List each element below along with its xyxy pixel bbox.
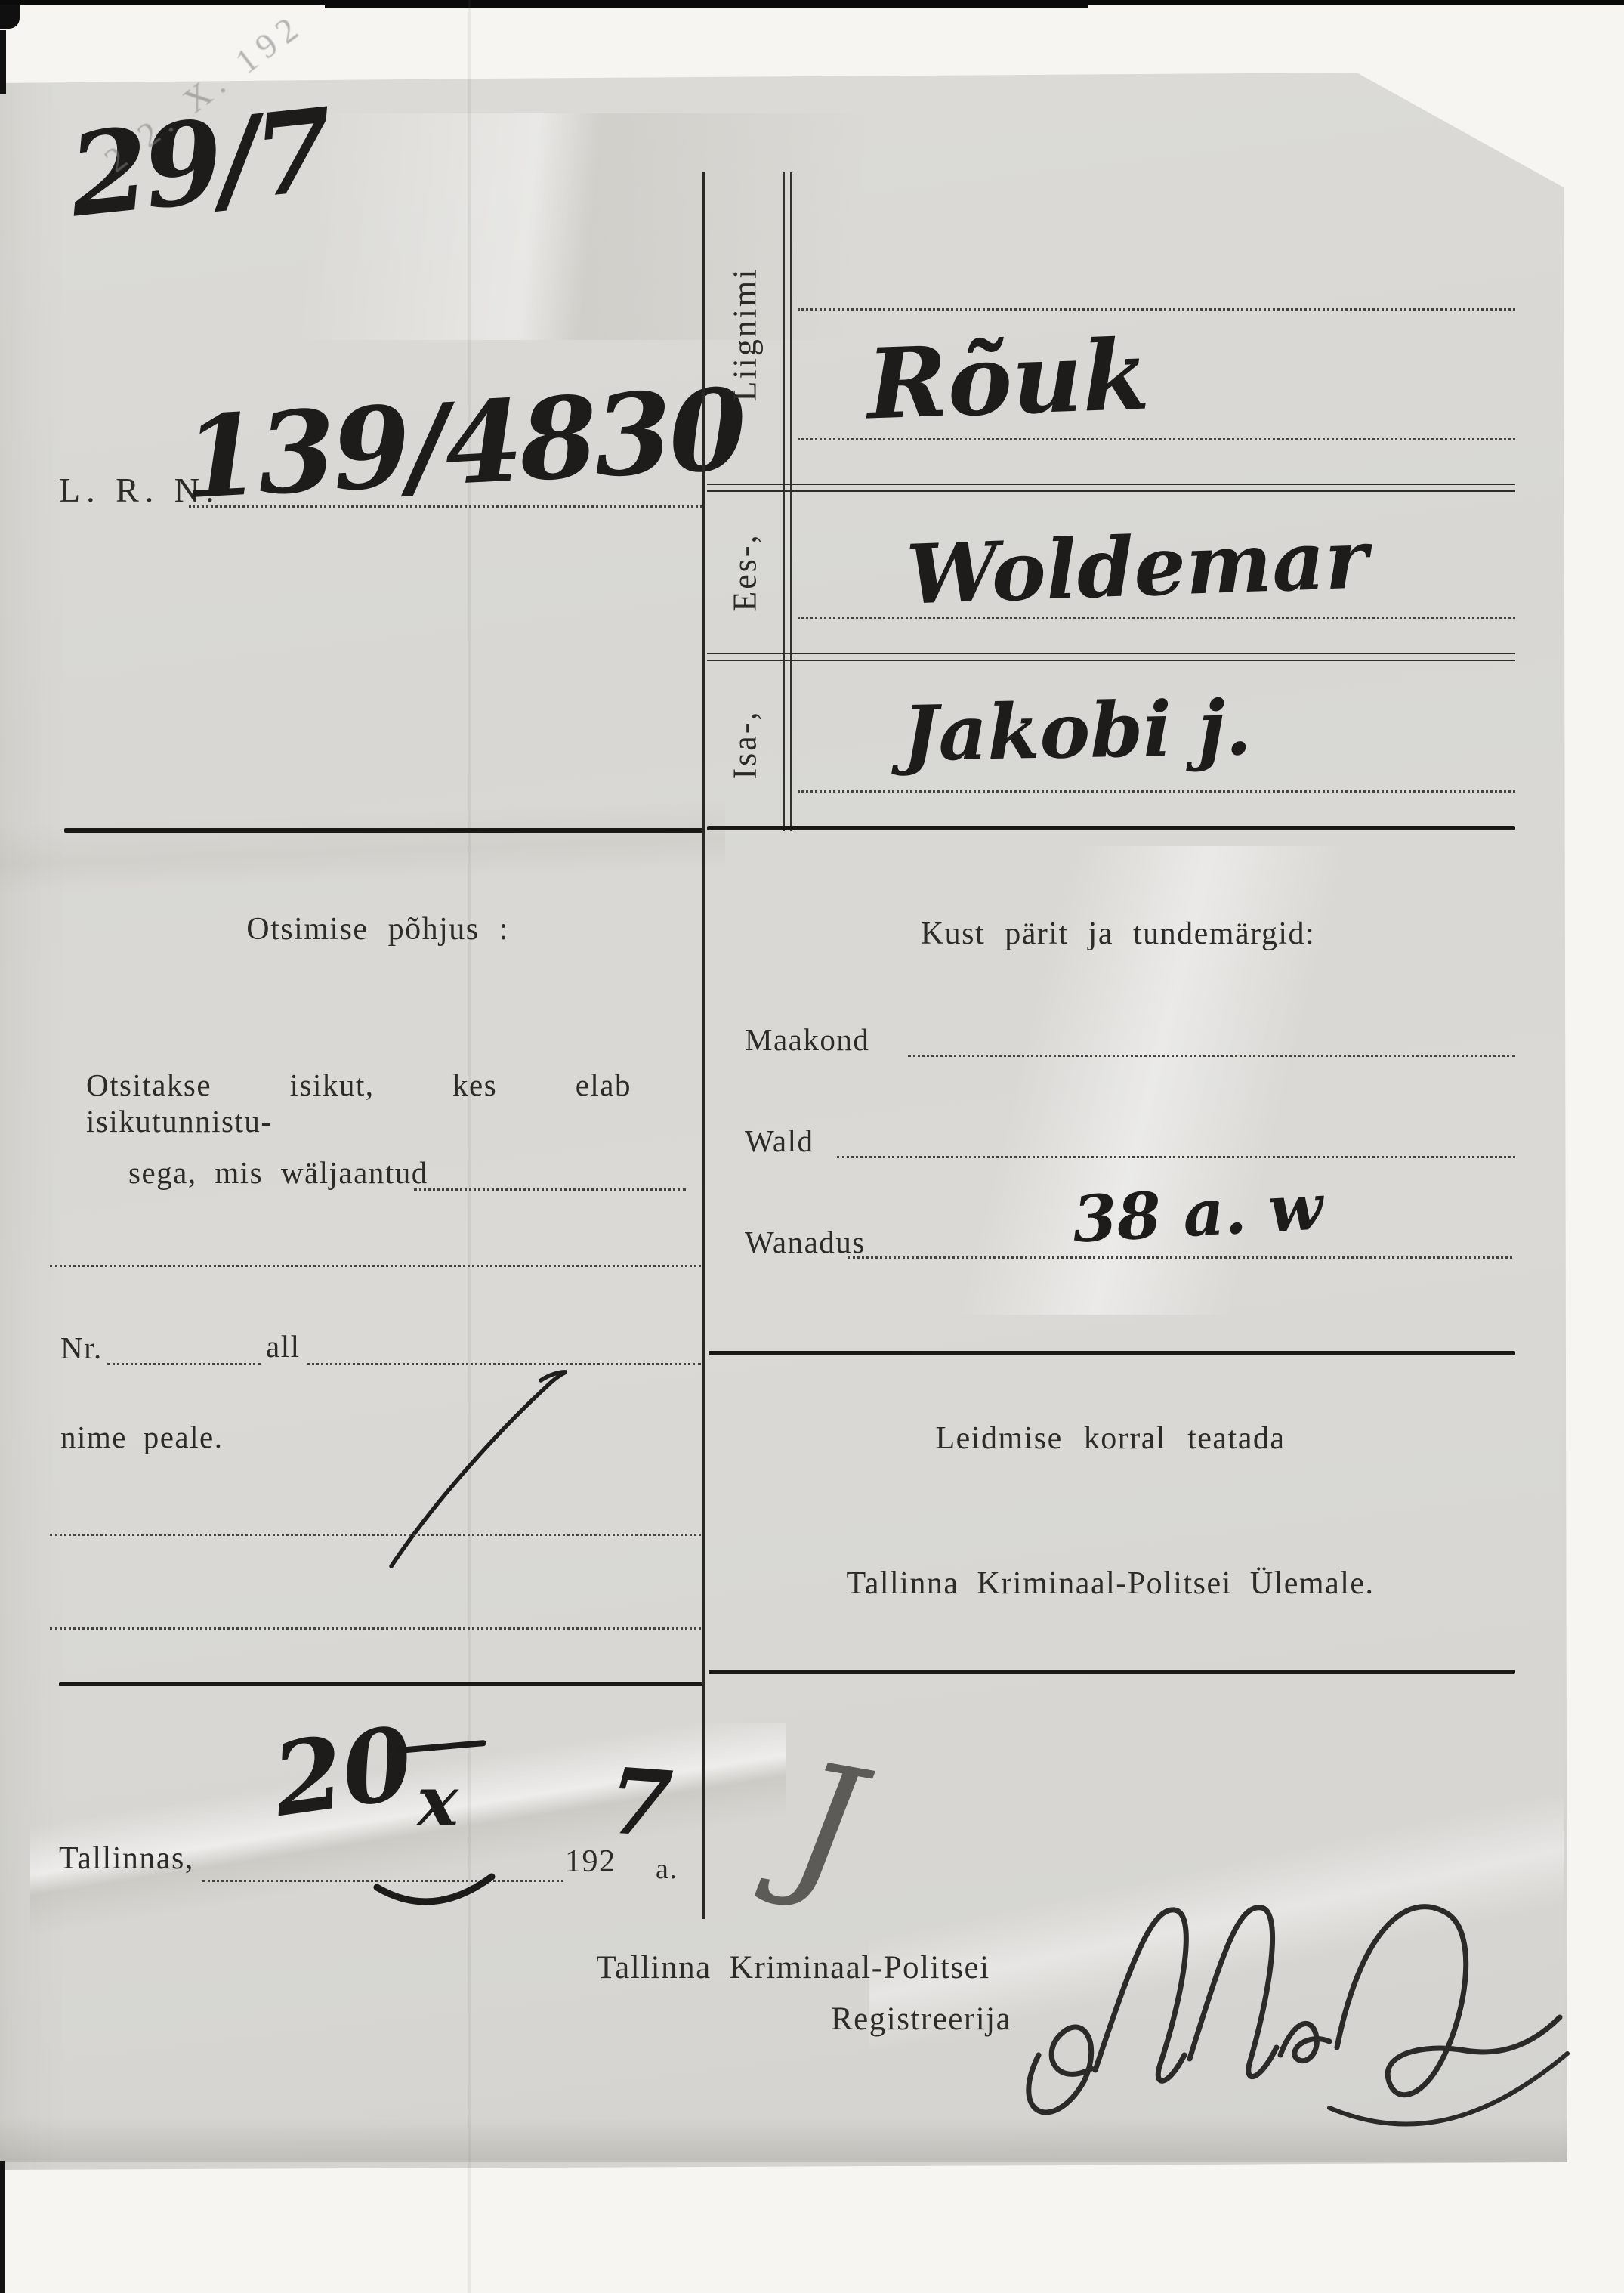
reason-body-line1: Otsitakse isikut, kes elab isikutunnistu… [86, 1067, 631, 1139]
handwritten-year-digit: 7 [605, 1748, 675, 1858]
origin-heading: Kust pärit ja tundemärgid: [854, 916, 1382, 952]
fill-in-line [414, 1188, 686, 1191]
scanned-police-search-form: 29/7 2 2. X. 192 L. R. N. 139/4830 Liign… [0, 0, 1624, 2293]
wanadus-value-handwritten: 38 a. w [1071, 1169, 1325, 1256]
wald-label: Wald [745, 1123, 814, 1159]
section-divider [709, 1670, 1515, 1674]
section-divider [59, 1682, 702, 1686]
reason-body-line2: sega, mis wäljaantud [128, 1154, 428, 1191]
section-divider [707, 826, 1515, 830]
reason-heading: Otsimise põhjus : [151, 911, 604, 947]
scanner-edge-strip [325, 0, 1088, 8]
notify-heading: Leidmise korral teatada [846, 1420, 1375, 1457]
row-separator-double-line [707, 484, 1515, 492]
fill-in-line [50, 1627, 701, 1630]
writing-line [798, 790, 1515, 793]
row-separator-double-line [707, 653, 1515, 661]
firstname-value-handwritten: Woldemar [905, 511, 1369, 623]
fill-in-line [50, 1265, 701, 1267]
fill-in-line [848, 1256, 1512, 1259]
footer-role-line: Registreerija [831, 2001, 1011, 2038]
section-divider [64, 828, 702, 833]
writing-line [798, 308, 1515, 311]
fathersname-value-handwritten: Jakobi j. [902, 683, 1252, 778]
nr-label: Nr. [60, 1330, 103, 1366]
month-underswoosh [374, 1866, 495, 1919]
footer-org-line: Tallinna Kriminaal-Politsei [582, 1949, 1005, 1986]
scanner-streak [468, 0, 471, 2293]
fill-in-line [908, 1055, 1515, 1057]
surname-label: Liignimi [726, 267, 764, 401]
handwritten-month: x [417, 1760, 458, 1842]
registrar-signature [1012, 1866, 1571, 2168]
all-label: all [266, 1328, 300, 1364]
fathersname-label: Isa-, [726, 709, 764, 779]
notify-recipient: Tallinna Kriminaal-Politsei Ülemale. [793, 1565, 1428, 1602]
handwritten-slash [363, 1349, 589, 1583]
firstname-label: Ees-, [726, 533, 764, 611]
surname-value-handwritten: Rõuk [865, 319, 1151, 442]
fill-in-line [837, 1156, 1515, 1158]
scanner-corner-artifact [0, 5, 20, 29]
name-row-label-cell: Isa-, [705, 659, 784, 830]
city-label: Tallinnas, [59, 1840, 194, 1877]
scanner-edge-artifact [0, 2161, 5, 2293]
name-row-label-cell: Liignimi [705, 181, 784, 487]
handwritten-day: 20 [266, 1704, 419, 1840]
nime-peale-label: nime peale. [60, 1419, 223, 1455]
name-row-label-cell: Ees-, [705, 490, 784, 654]
wanadus-label: Wanadus [745, 1224, 866, 1260]
maakond-label: Maakond [745, 1021, 869, 1058]
scanner-edge-artifact [0, 30, 6, 94]
section-divider [709, 1351, 1515, 1355]
writing-line [798, 617, 1515, 619]
name-column-double-rule [790, 172, 792, 831]
fill-in-line [50, 1534, 701, 1536]
fill-in-line [107, 1363, 261, 1365]
